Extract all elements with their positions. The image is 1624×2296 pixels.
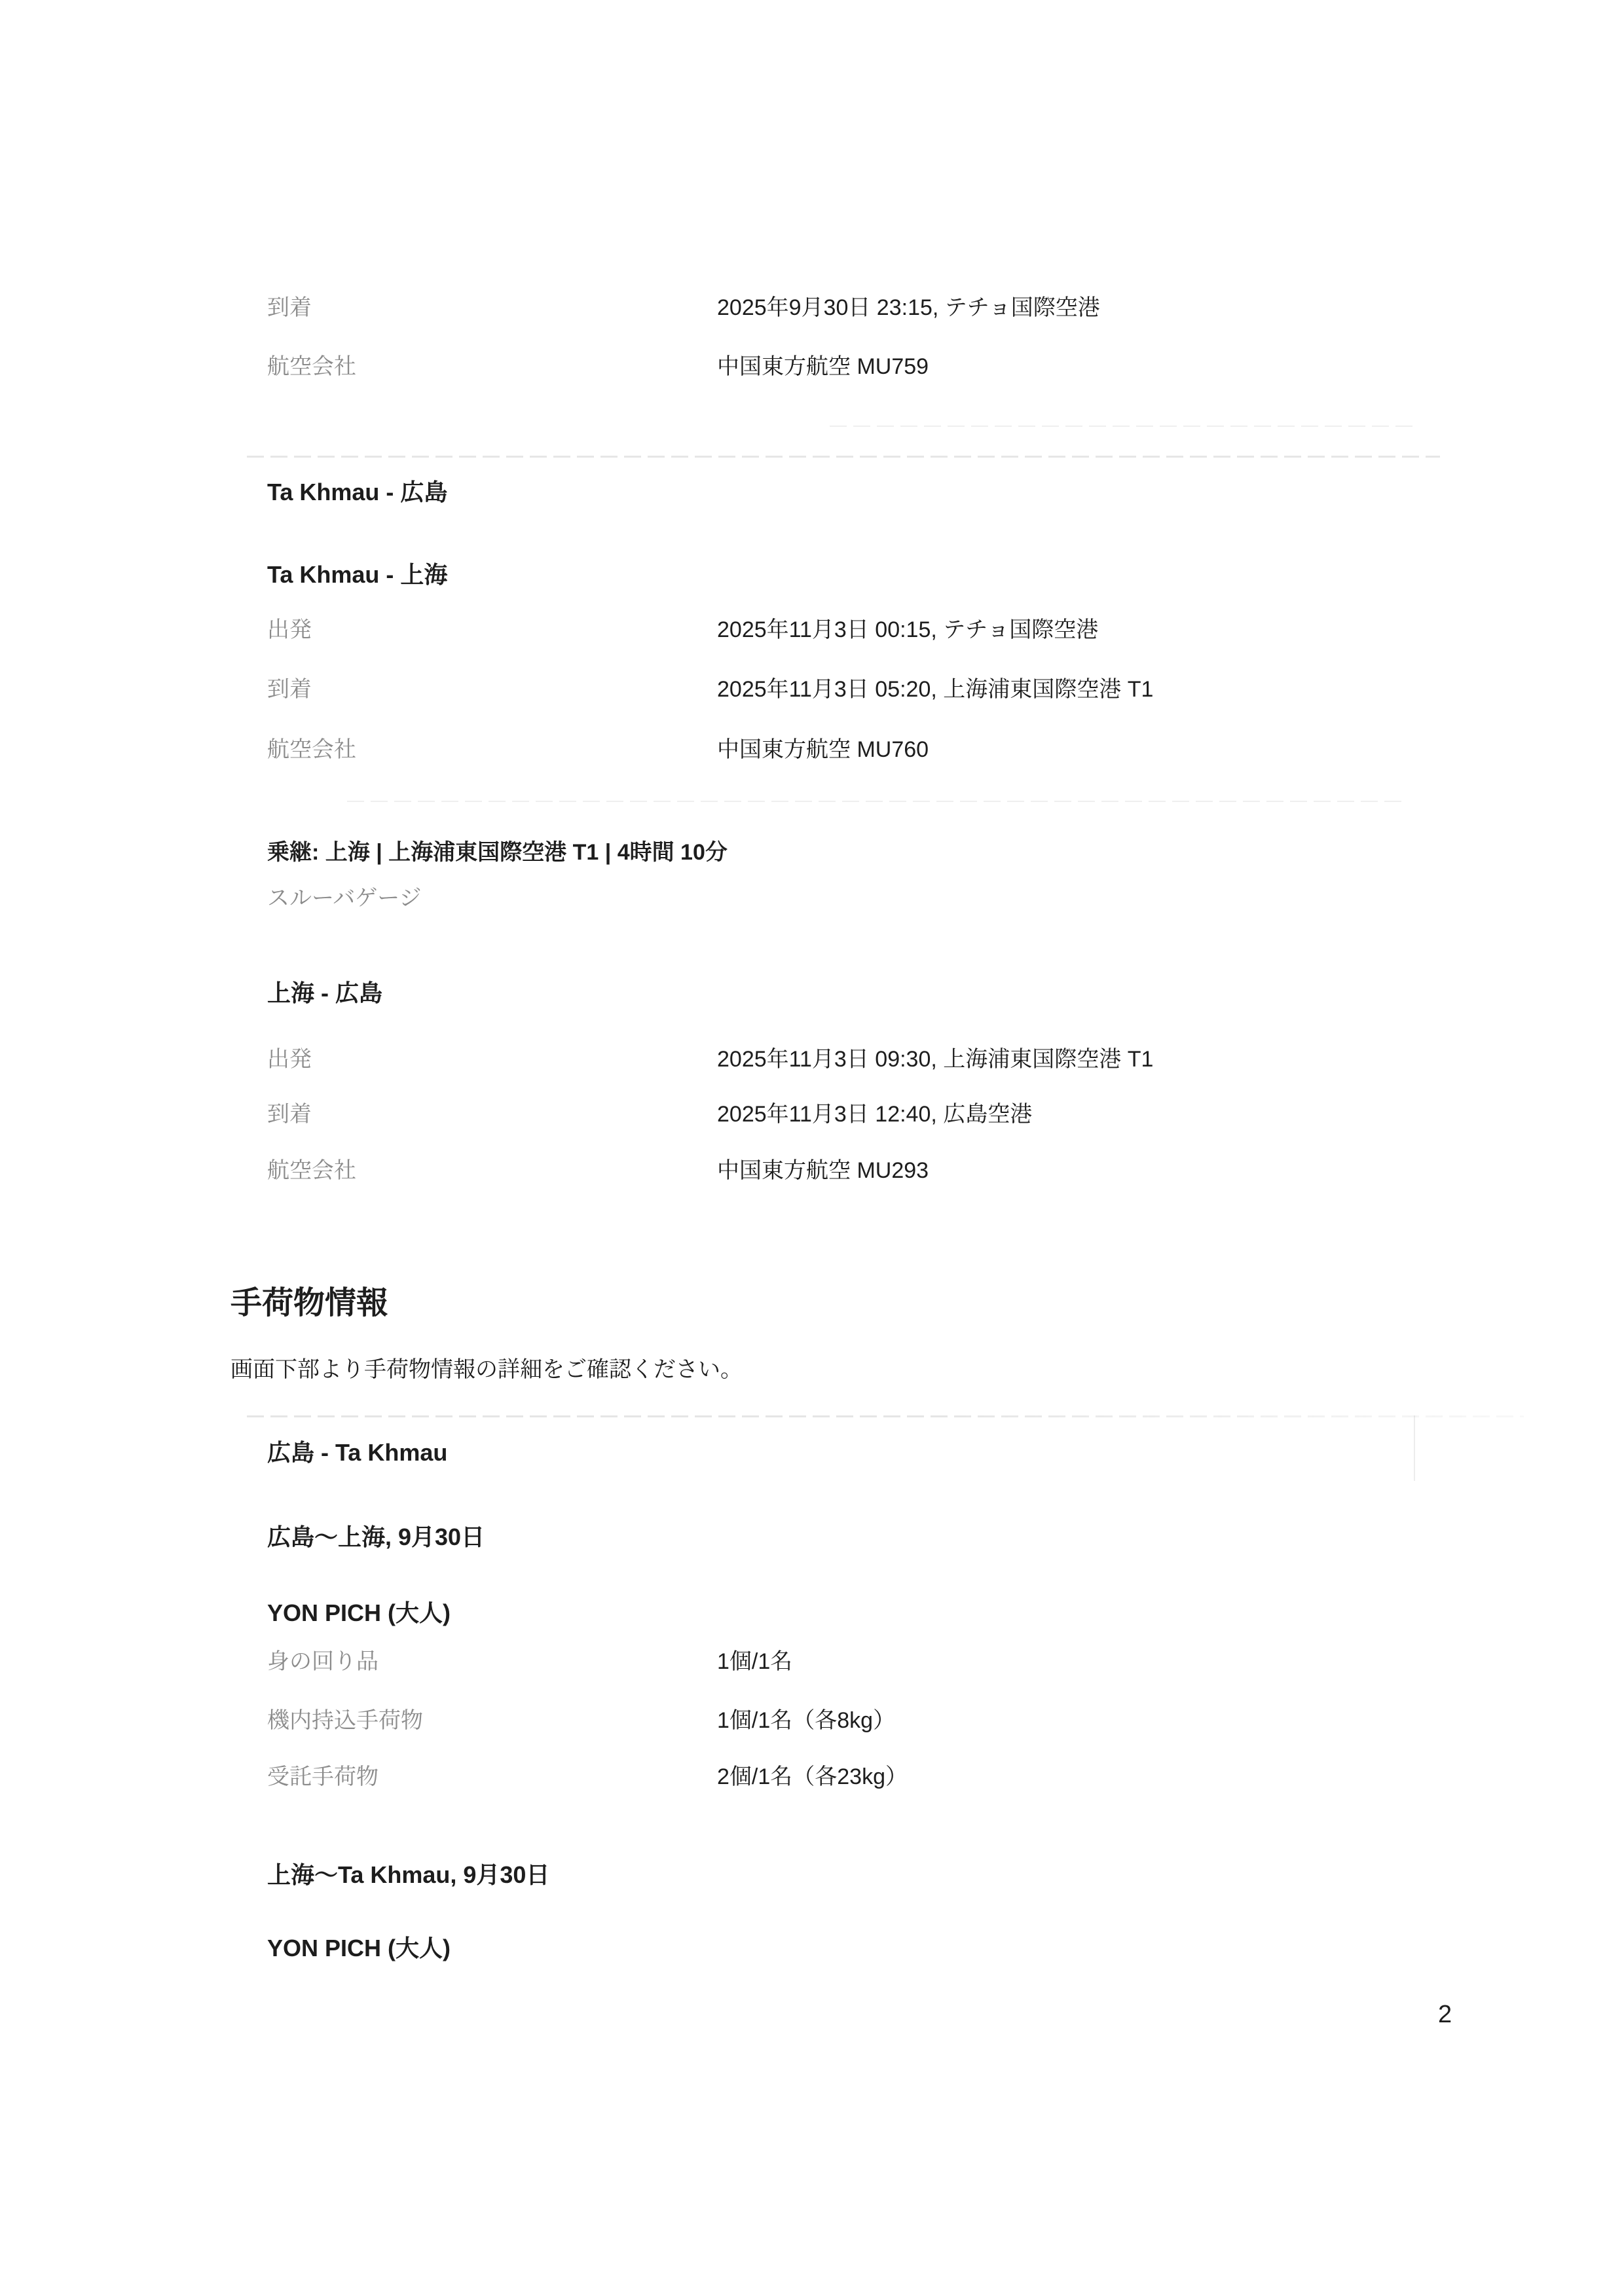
scan-artifact-line [830,426,1419,427]
leg-heading: Ta Khmau - 上海 [267,560,447,589]
baggage-section-subtitle: 画面下部より手荷物情報の詳細をご確認ください。 [231,1357,743,1383]
baggage-value: 1個/1名 [717,1649,792,1675]
detail-value: 2025年11月3日 09:30, 上海浦東国際空港 T1 [717,1046,1153,1073]
baggage-label: 身の回り品 [267,1649,378,1675]
detail-label: 到着 [267,295,312,321]
baggage-label: 機内持込手荷物 [267,1707,423,1734]
baggage-value: 1個/1名（各8kg） [717,1707,895,1734]
detail-label: 出発 [267,1046,312,1073]
detail-label: 到着 [267,1101,312,1128]
detail-value: 2025年11月3日 00:15, テチョ国際空港 [717,617,1098,644]
passenger-name: YON PICH (大人) [267,1599,451,1627]
detail-label: 航空会社 [267,1157,356,1184]
detail-label: 航空会社 [267,737,356,763]
scan-artifact-line [247,1415,1524,1417]
leg-heading: 上海 - 広島 [267,979,382,1007]
layover-note: スルーバゲージ [267,885,422,912]
detail-value: 中国東方航空 MU293 [717,1157,929,1184]
route-heading: Ta Khmau - 広島 [267,478,447,506]
scan-artifact-line [1414,1415,1415,1481]
baggage-segment-heading: 広島〜上海, 9月30日 [267,1523,485,1551]
detail-label: 到着 [267,676,312,703]
layover-info: 乗継: 上海 | 上海浦東国際空港 T1 | 4時間 10分 [267,839,728,866]
detail-value: 2025年11月3日 05:20, 上海浦東国際空港 T1 [717,676,1153,703]
detail-label: 航空会社 [267,354,356,380]
detail-value: 2025年9月30日 23:15, テチョ国際空港 [717,295,1100,321]
scan-artifact-line [247,456,1440,458]
detail-value: 2025年11月3日 12:40, 広島空港 [717,1101,1032,1128]
document-page: 到着 2025年9月30日 23:15, テチョ国際空港 航空会社 中国東方航空… [0,0,1624,2296]
detail-value: 中国東方航空 MU760 [717,737,929,763]
baggage-route-heading: 広島 - Ta Khmau [267,1438,447,1467]
page-number: 2 [1438,2000,1452,2030]
baggage-section-title: 手荷物情報 [231,1285,388,1322]
baggage-label: 受託手荷物 [267,1764,378,1791]
passenger-name: YON PICH (大人) [267,1934,451,1962]
detail-label: 出発 [267,617,312,644]
detail-value: 中国東方航空 MU759 [717,354,929,380]
scan-artifact-line [347,801,1401,802]
baggage-value: 2個/1名（各23kg） [717,1764,908,1791]
baggage-segment-heading: 上海〜Ta Khmau, 9月30日 [267,1861,549,1889]
